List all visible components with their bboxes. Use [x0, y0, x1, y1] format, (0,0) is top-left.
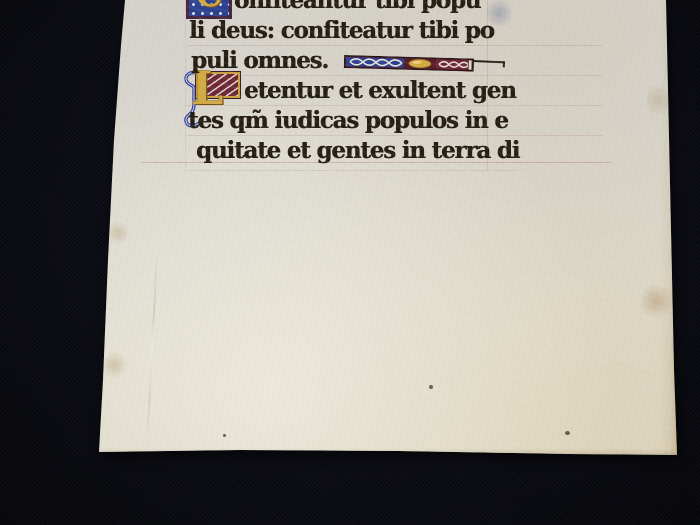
manuscript-text-line-4: etentur et exultent gen [244, 76, 516, 106]
manuscript-text-line-6: quitate et gentes in terra di [196, 136, 519, 166]
stain [639, 282, 673, 320]
speck [429, 385, 433, 389]
line-filler-ornament [344, 53, 474, 70]
stain [99, 352, 129, 378]
speck [565, 431, 570, 435]
initial-letter: C [195, 0, 222, 12]
parchment-leaf: C L onfiteantur tibi popu li deus: confi… [99, 0, 678, 457]
ruling-line [187, 170, 517, 171]
manuscript-leaf-wrapper: C L onfiteantur tibi popu li deus: confi… [0, 0, 700, 525]
manuscript-text-line-2: li deus: confiteatur tibi po [189, 16, 494, 46]
stain [105, 222, 131, 244]
manuscript-text-line-3: puli omnes. [191, 46, 328, 76]
manuscript-photo: { "photo": { "subject": "Illuminated med… [0, 0, 700, 525]
vellum-crease [146, 250, 158, 450]
speck [223, 434, 226, 437]
stain [647, 80, 669, 120]
manuscript-text-line-5: tes qm̃ iudicas populos in e [188, 106, 508, 136]
manuscript-text-line-1: onfiteantur tibi popu [234, 0, 480, 16]
ink-tail-line [473, 60, 505, 63]
